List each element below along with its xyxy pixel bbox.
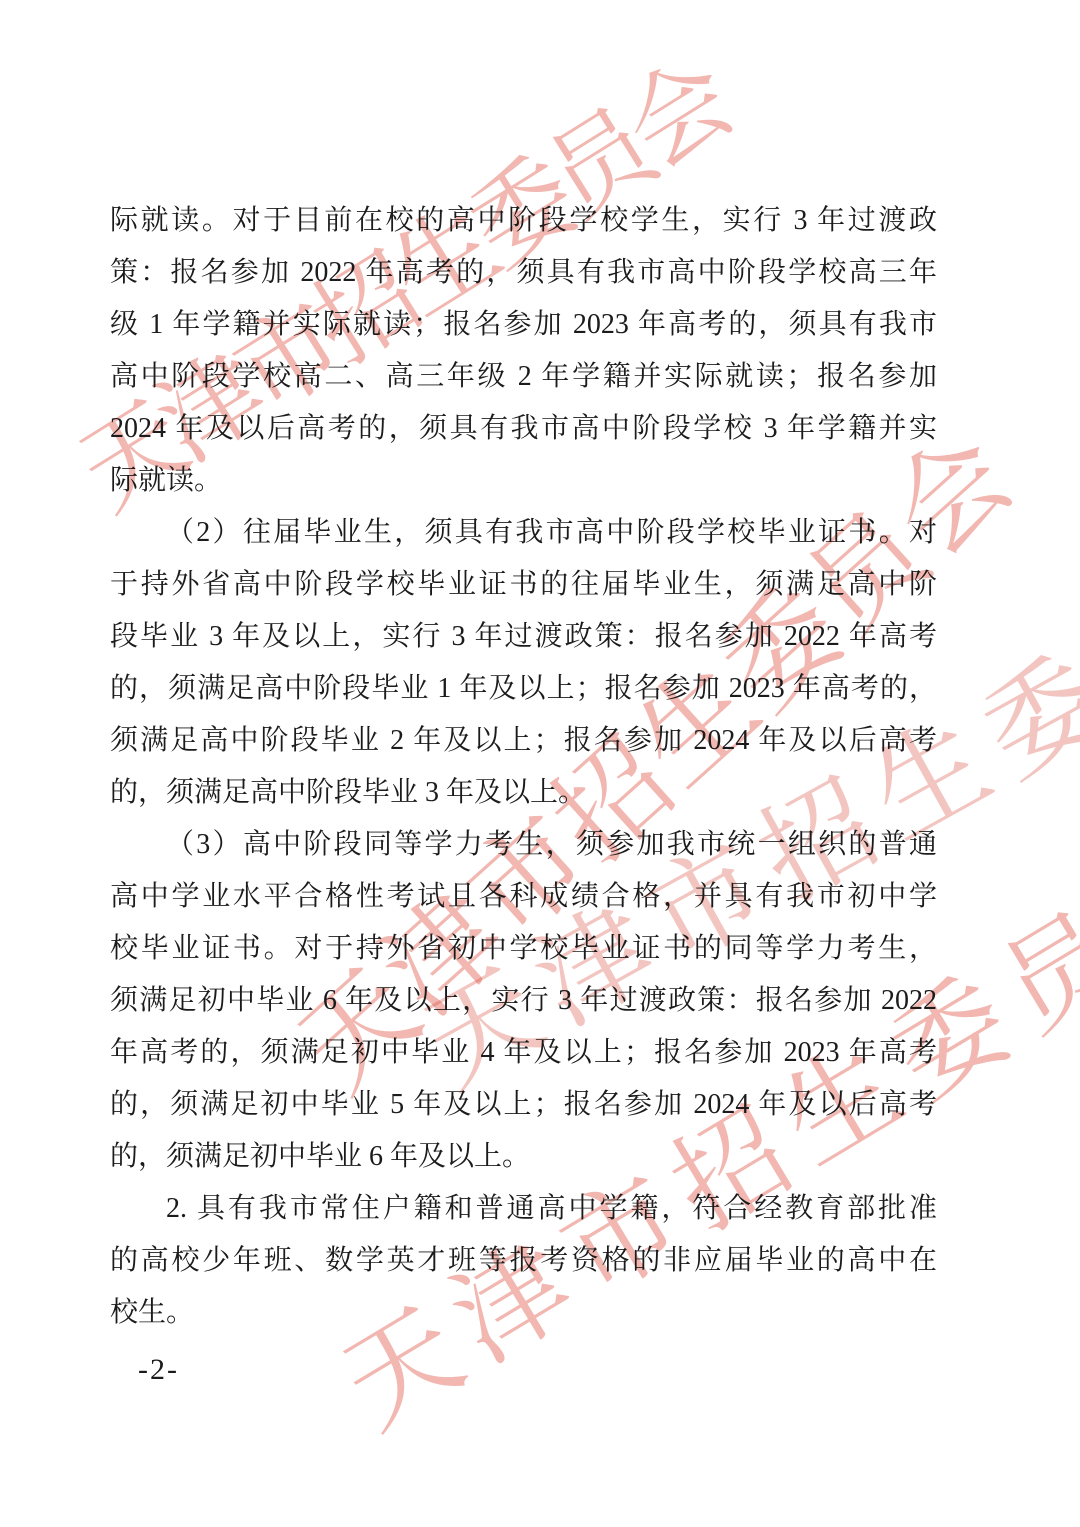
text-line: 的，须满足初中毕业 5 年及以上；报名参加 2024 年及以后高考 [110, 1079, 937, 1131]
text-line: 须满足高中阶段毕业 2 年及以上；报名参加 2024 年及以后高考 [110, 715, 937, 767]
text-line: 须满足初中毕业 6 年及以上，实行 3 年过渡政策：报名参加 2022 [110, 975, 937, 1027]
text-line: 2. 具有我市常住户籍和普通高中学籍，符合经教育部批准 [110, 1183, 937, 1235]
text-line: 的，须满足初中毕业 6 年及以上。 [110, 1131, 937, 1183]
text-line: 校生。 [110, 1287, 937, 1339]
document-page: 天津市招生委员会 天津市招生委员会 天津市招生委员会 天津市招生委员会 际就读。… [0, 0, 1080, 1527]
text-line: 段毕业 3 年及以上，实行 3 年过渡政策：报名参加 2022 年高考 [110, 611, 937, 663]
text-line: 校毕业证书。对于持外省初中学校毕业证书的同等学力考生， [110, 923, 937, 975]
text-line: 年高考的，须满足初中毕业 4 年及以上；报名参加 2023 年高考 [110, 1027, 937, 1079]
text-line: （3）高中阶段同等学力考生，须参加我市统一组织的普通 [110, 819, 937, 871]
text-line: 高中阶段学校高二、高三年级 2 年学籍并实际就读；报名参加 [110, 351, 937, 403]
text-line: 2024 年及以后高考的，须具有我市高中阶段学校 3 年学籍并实 [110, 403, 937, 455]
text-line: 级 1 年学籍并实际就读；报名参加 2023 年高考的，须具有我市 [110, 299, 937, 351]
document-body: 际就读。对于目前在校的高中阶段学校学生，实行 3 年过渡政 策：报名参加 202… [110, 195, 937, 1339]
text-line: 际就读。 [110, 455, 937, 507]
text-line: 的，须满足高中阶段毕业 1 年及以上；报名参加 2023 年高考的， [110, 663, 937, 715]
text-line: 的高校少年班、数学英才班等报考资格的非应届毕业的高中在 [110, 1235, 937, 1287]
text-line: （2）往届毕业生，须具有我市高中阶段学校毕业证书。对 [110, 507, 937, 559]
text-line: 的，须满足高中阶段毕业 3 年及以上。 [110, 767, 937, 819]
text-line: 于持外省高中阶段学校毕业证书的往届毕业生，须满足高中阶 [110, 559, 937, 611]
text-line: 际就读。对于目前在校的高中阶段学校学生，实行 3 年过渡政 [110, 195, 937, 247]
page-number: -2- [138, 1350, 179, 1390]
text-line: 策：报名参加 2022 年高考的，须具有我市高中阶段学校高三年 [110, 247, 937, 299]
text-line: 高中学业水平合格性考试且各科成绩合格，并具有我市初中学 [110, 871, 937, 923]
